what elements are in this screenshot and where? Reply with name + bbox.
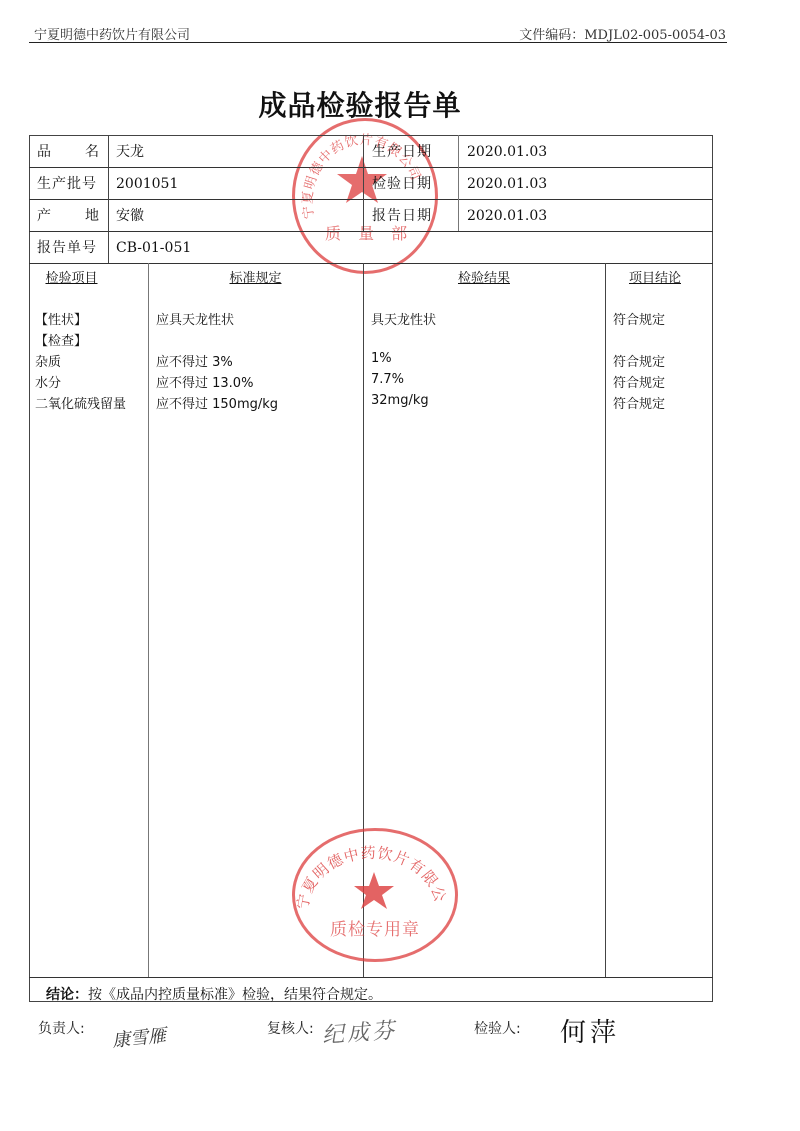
conclusion-row: 结论：按《成品内控质量标准》检验，结果符合规定。	[46, 984, 382, 1004]
row-divider	[29, 167, 713, 168]
row-divider	[29, 977, 713, 978]
stamp-center-text: 质检专用章	[330, 915, 420, 940]
label-char: 名	[85, 144, 99, 160]
report-no-value: CB-01-051	[116, 240, 191, 256]
cell-result: 1%	[371, 351, 392, 366]
production-date-value: 2020.01.03	[467, 144, 547, 160]
origin-value: 安徽	[116, 208, 144, 224]
reviewer-label: 复核人:	[267, 1018, 314, 1038]
col-divider	[148, 263, 149, 977]
label-char: 地	[85, 208, 99, 224]
col-divider	[458, 135, 459, 231]
row-divider	[29, 231, 713, 232]
cell-item: 【检查】	[35, 330, 87, 349]
cell-item: 【性状】	[35, 309, 87, 328]
col-header-conclusion: 项目结论	[605, 267, 705, 286]
cell-standard: 应不得过 3%	[156, 351, 233, 370]
row-divider	[29, 263, 713, 264]
cell-conclusion: 符合规定	[613, 351, 665, 370]
reviewer-signature: 纪成芬	[321, 1013, 398, 1049]
cell-result: 7.7%	[371, 372, 404, 387]
col-divider	[363, 135, 364, 231]
label-char: 产	[37, 208, 51, 224]
cell-item: 杂质	[35, 351, 61, 370]
inspector-signature: 何萍	[560, 1012, 620, 1049]
col-header-standard: 标准规定	[148, 267, 363, 286]
company-name-header: 宁夏明德中药饮片有限公司	[34, 24, 190, 43]
conclusion-label: 结论：	[46, 987, 88, 1003]
cell-conclusion: 符合规定	[613, 372, 665, 391]
report-no-label: 报告单号	[37, 240, 97, 256]
cell-result: 32mg/kg	[371, 393, 429, 408]
col-header-item: 检验项目	[29, 267, 114, 286]
star-icon	[354, 872, 394, 909]
product-name-value: 天龙	[116, 144, 144, 160]
document-code: 文件编码：MDJL02-005-0054-03	[519, 24, 726, 43]
conclusion-text: 按《成品内控质量标准》检验，结果符合规定。	[88, 987, 382, 1003]
cell-standard: 应不得过 150mg/kg	[156, 393, 278, 412]
col-divider	[108, 135, 109, 263]
product-name-label: 品 名	[37, 144, 99, 160]
origin-label: 产 地	[37, 208, 99, 224]
col-header-result: 检验结果	[363, 267, 605, 286]
report-date-value: 2020.01.03	[467, 208, 547, 224]
report-date-label: 报告日期	[372, 208, 432, 224]
batch-label: 生产批号	[37, 176, 97, 192]
cell-conclusion: 符合规定	[613, 309, 665, 328]
cell-standard: 应不得过 13.0%	[156, 372, 253, 391]
production-date-label: 生产日期	[372, 144, 432, 160]
header-divider	[29, 42, 727, 43]
inspector-label: 检验人:	[474, 1018, 521, 1038]
cell-conclusion: 符合规定	[613, 393, 665, 412]
col-divider	[605, 263, 606, 977]
cell-standard: 应具天龙性状	[156, 309, 234, 328]
responsible-label: 负责人:	[38, 1018, 85, 1038]
inspection-date-value: 2020.01.03	[467, 176, 547, 192]
qc-seal-stamp: 宁夏明德中药饮片有限公司 质检专用章	[292, 828, 458, 962]
cell-result: 具天龙性状	[371, 309, 436, 328]
cell-item: 二氧化硫残留量	[35, 393, 126, 412]
label-char: 品	[37, 144, 51, 160]
cell-item: 水分	[35, 372, 61, 391]
inspection-date-label: 检验日期	[372, 176, 432, 192]
row-divider	[29, 199, 713, 200]
responsible-signature: 康雪雁	[111, 1021, 167, 1053]
batch-value: 2001051	[116, 176, 178, 192]
